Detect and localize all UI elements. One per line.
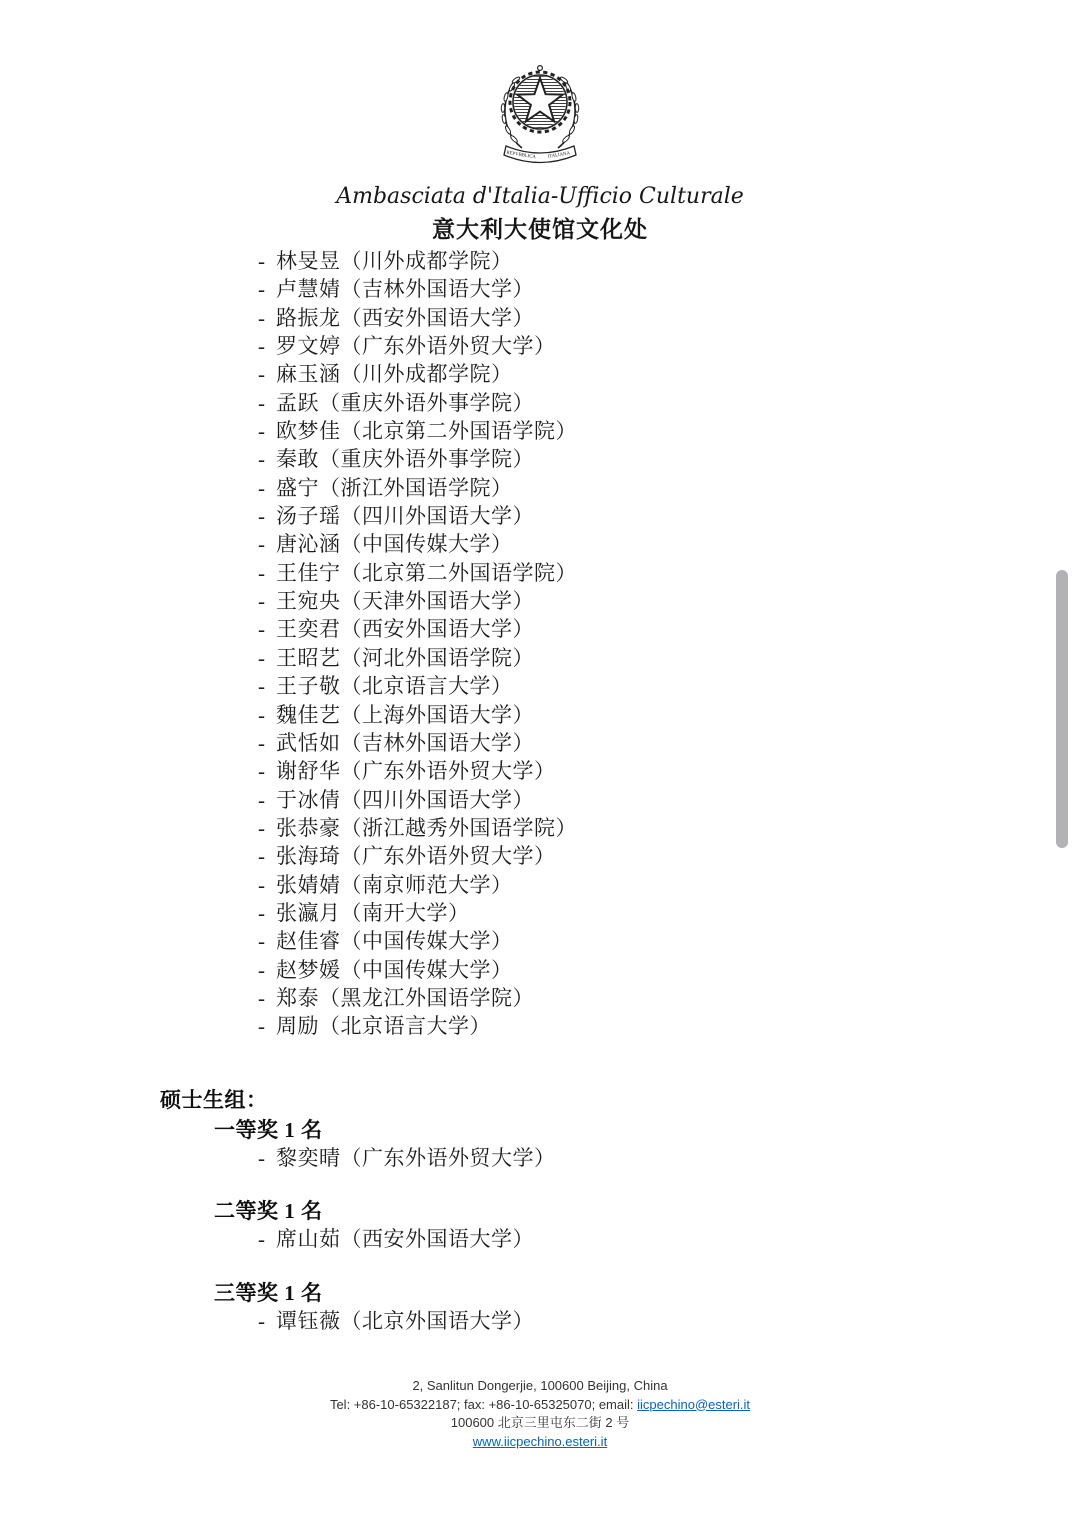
document-page: REPVBBLICA ITALIANA Ambasciata d'Italia-… xyxy=(0,0,1080,1524)
winner-name-school: 孟跃（重庆外语外事学院） xyxy=(276,389,534,417)
winner-name-school: 谭钰薇（北京外国语大学） xyxy=(276,1307,534,1335)
winner-name-school: 张海琦（广东外语外贸大学） xyxy=(276,842,556,870)
winner-row: -唐沁涵（中国传媒大学） xyxy=(258,530,577,558)
bullet-dash: - xyxy=(258,757,265,785)
winner-name-school: 黎奕晴（广东外语外贸大学） xyxy=(276,1144,556,1172)
prize-block: 三等奖 1 名-谭钰薇（北京外国语大学） xyxy=(160,1279,556,1335)
winner-row: -于冰倩（四川外国语大学） xyxy=(258,786,577,814)
winner-name-school: 王奕君（西安外国语大学） xyxy=(276,615,534,643)
winner-row: -赵梦媛（中国传媒大学） xyxy=(258,956,577,984)
scrollbar-thumb[interactable] xyxy=(1056,570,1068,848)
winner-row: -张恭豪（浙江越秀外国语学院） xyxy=(258,814,577,842)
bullet-dash: - xyxy=(258,786,265,814)
bullet-dash: - xyxy=(258,474,265,502)
winner-name-school: 王宛央（天津外国语大学） xyxy=(276,587,534,615)
bullet-dash: - xyxy=(258,927,265,955)
bullet-dash: - xyxy=(258,842,265,870)
bullet-dash: - xyxy=(258,275,265,303)
winner-row: -黎奕晴（广东外语外贸大学） xyxy=(258,1144,556,1172)
footer: 2, Sanlitun Dongerjie, 100600 Beijing, C… xyxy=(0,1377,1080,1451)
winner-name-school: 卢慧婧（吉林外国语大学） xyxy=(276,275,534,303)
winner-name-school: 张婧婧（南京师范大学） xyxy=(276,871,513,899)
winner-name-school: 武恬如（吉林外国语大学） xyxy=(276,729,534,757)
bullet-dash: - xyxy=(258,672,265,700)
footer-email-link[interactable]: iicpechino@esteri.it xyxy=(637,1397,750,1412)
bullet-dash: - xyxy=(258,814,265,842)
winner-row: -王昭艺（河北外国语学院） xyxy=(258,644,577,672)
bullet-dash: - xyxy=(258,304,265,332)
winner-row: -周励（北京语言大学） xyxy=(258,1012,577,1040)
bullet-dash: - xyxy=(258,445,265,473)
winner-row: -郑泰（黑龙江外国语学院） xyxy=(258,984,577,1012)
winner-name-school: 张瀛月（南开大学） xyxy=(276,899,470,927)
winner-name-school: 赵佳睿（中国传媒大学） xyxy=(276,927,513,955)
bullet-dash: - xyxy=(258,559,265,587)
bullet-dash: - xyxy=(258,871,265,899)
winner-name-school: 盛宁（浙江外国语学院） xyxy=(276,474,513,502)
bullet-dash: - xyxy=(258,1225,265,1253)
winner-row: -张海琦（广东外语外贸大学） xyxy=(258,842,577,870)
prize-block: 一等奖 1 名-黎奕晴（广东外语外贸大学） xyxy=(160,1116,556,1172)
winner-name-school: 魏佳艺（上海外国语大学） xyxy=(276,701,534,729)
winner-name-school: 王佳宁（北京第二外国语学院） xyxy=(276,559,577,587)
winner-row: -路振龙（西安外国语大学） xyxy=(258,304,577,332)
bullet-dash: - xyxy=(258,615,265,643)
winner-row: -罗文婷（广东外语外贸大学） xyxy=(258,332,577,360)
bullet-dash: - xyxy=(258,332,265,360)
bullet-dash: - xyxy=(258,1012,265,1040)
winner-row: -林旻昱（川外成都学院） xyxy=(258,247,577,275)
masters-group-title: 硕士生组： xyxy=(160,1086,556,1114)
prize-label: 一等奖 1 名 xyxy=(214,1116,556,1144)
winner-row: -谢舒华（广东外语外贸大学） xyxy=(258,757,577,785)
winner-name-school: 欧梦佳（北京第二外国语学院） xyxy=(276,417,577,445)
bullet-dash: - xyxy=(258,247,265,275)
bullet-dash: - xyxy=(258,899,265,927)
winner-row: -欧梦佳（北京第二外国语学院） xyxy=(258,417,577,445)
winner-name-school: 唐沁涵（中国传媒大学） xyxy=(276,530,513,558)
winner-row: -孟跃（重庆外语外事学院） xyxy=(258,389,577,417)
winner-row: -谭钰薇（北京外国语大学） xyxy=(258,1307,556,1335)
winner-name-school: 王子敬（北京语言大学） xyxy=(276,672,513,700)
winner-row: -麻玉涵（川外成都学院） xyxy=(258,360,577,388)
bullet-dash: - xyxy=(258,984,265,1012)
winner-row: -盛宁（浙江外国语学院） xyxy=(258,474,577,502)
bullet-dash: - xyxy=(258,1307,265,1335)
winner-row: -王奕君（西安外国语大学） xyxy=(258,615,577,643)
prize-blocks: 一等奖 1 名-黎奕晴（广东外语外贸大学）二等奖 1 名-席山茹（西安外国语大学… xyxy=(160,1116,556,1335)
footer-address-zh: 100600 北京三里屯东二街 2 号 xyxy=(0,1414,1080,1433)
bullet-dash: - xyxy=(258,644,265,672)
ribbon-banner-icon: REPVBBLICA ITALIANA xyxy=(504,146,576,163)
winner-name-school: 郑泰（黑龙江外国语学院） xyxy=(276,984,534,1012)
winner-name-school: 汤子瑶（四川外国语大学） xyxy=(276,502,534,530)
masters-group-section: 硕士生组： 一等奖 1 名-黎奕晴（广东外语外贸大学）二等奖 1 名-席山茹（西… xyxy=(160,1086,556,1335)
prize-winners-list: -谭钰薇（北京外国语大学） xyxy=(258,1307,556,1335)
winner-name-school: 赵梦媛（中国传媒大学） xyxy=(276,956,513,984)
footer-contact-line: Tel: +86-10-65322187; fax: +86-10-653250… xyxy=(0,1396,1080,1415)
winners-list: -林旻昱（川外成都学院）-卢慧婧（吉林外国语大学）-路振龙（西安外国语大学）-罗… xyxy=(258,247,577,1041)
bullet-dash: - xyxy=(258,360,265,388)
footer-website-link[interactable]: www.iicpechino.esteri.it xyxy=(473,1434,607,1449)
bullet-dash: - xyxy=(258,1144,265,1172)
winner-row: -秦敢（重庆外语外事学院） xyxy=(258,445,577,473)
winner-name-school: 王昭艺（河北外国语学院） xyxy=(276,644,534,672)
winner-row: -武恬如（吉林外国语大学） xyxy=(258,729,577,757)
bullet-dash: - xyxy=(258,729,265,757)
italy-emblem-icon: REPVBBLICA ITALIANA xyxy=(490,54,590,172)
winner-row: -席山茹（西安外国语大学） xyxy=(258,1225,556,1253)
winner-name-school: 张恭豪（浙江越秀外国语学院） xyxy=(276,814,577,842)
winner-row: -张婧婧（南京师范大学） xyxy=(258,871,577,899)
winner-name-school: 路振龙（西安外国语大学） xyxy=(276,304,534,332)
winner-row: -魏佳艺（上海外国语大学） xyxy=(258,701,577,729)
prize-label: 三等奖 1 名 xyxy=(214,1279,556,1307)
bullet-dash: - xyxy=(258,701,265,729)
bullet-dash: - xyxy=(258,502,265,530)
winner-row: -赵佳睿（中国传媒大学） xyxy=(258,927,577,955)
prize-winners-list: -黎奕晴（广东外语外贸大学） xyxy=(258,1144,556,1172)
bullet-dash: - xyxy=(258,530,265,558)
winner-name-school: 周励（北京语言大学） xyxy=(276,1012,491,1040)
prize-block: 二等奖 1 名-席山茹（西安外国语大学） xyxy=(160,1197,556,1253)
winner-name-school: 罗文婷（广东外语外贸大学） xyxy=(276,332,556,360)
winner-row: -王宛央（天津外国语大学） xyxy=(258,587,577,615)
winner-name-school: 林旻昱（川外成都学院） xyxy=(276,247,513,275)
winner-name-school: 席山茹（西安外国语大学） xyxy=(276,1225,534,1253)
prize-winners-list: -席山茹（西安外国语大学） xyxy=(258,1225,556,1253)
winner-name-school: 谢舒华（广东外语外贸大学） xyxy=(276,757,556,785)
winner-row: -王子敬（北京语言大学） xyxy=(258,672,577,700)
winner-name-school: 秦敢（重庆外语外事学院） xyxy=(276,445,534,473)
bullet-dash: - xyxy=(258,587,265,615)
footer-address-en: 2, Sanlitun Dongerjie, 100600 Beijing, C… xyxy=(0,1377,1080,1396)
winner-name-school: 于冰倩（四川外国语大学） xyxy=(276,786,534,814)
embassy-title-italian: Ambasciata d'Italia-Ufficio Culturale xyxy=(0,184,1080,209)
winner-row: -王佳宁（北京第二外国语学院） xyxy=(258,559,577,587)
prize-label: 二等奖 1 名 xyxy=(214,1197,556,1225)
embassy-title-chinese: 意大利大使馆文化处 xyxy=(0,211,1080,244)
winner-row: -卢慧婧（吉林外国语大学） xyxy=(258,275,577,303)
bullet-dash: - xyxy=(258,417,265,445)
winner-row: -汤子瑶（四川外国语大学） xyxy=(258,502,577,530)
winner-row: -张瀛月（南开大学） xyxy=(258,899,577,927)
footer-contact-prefix: Tel: +86-10-65322187; fax: +86-10-653250… xyxy=(330,1397,637,1412)
bullet-dash: - xyxy=(258,956,265,984)
winner-name-school: 麻玉涵（川外成都学院） xyxy=(276,360,513,388)
bullet-dash: - xyxy=(258,389,265,417)
